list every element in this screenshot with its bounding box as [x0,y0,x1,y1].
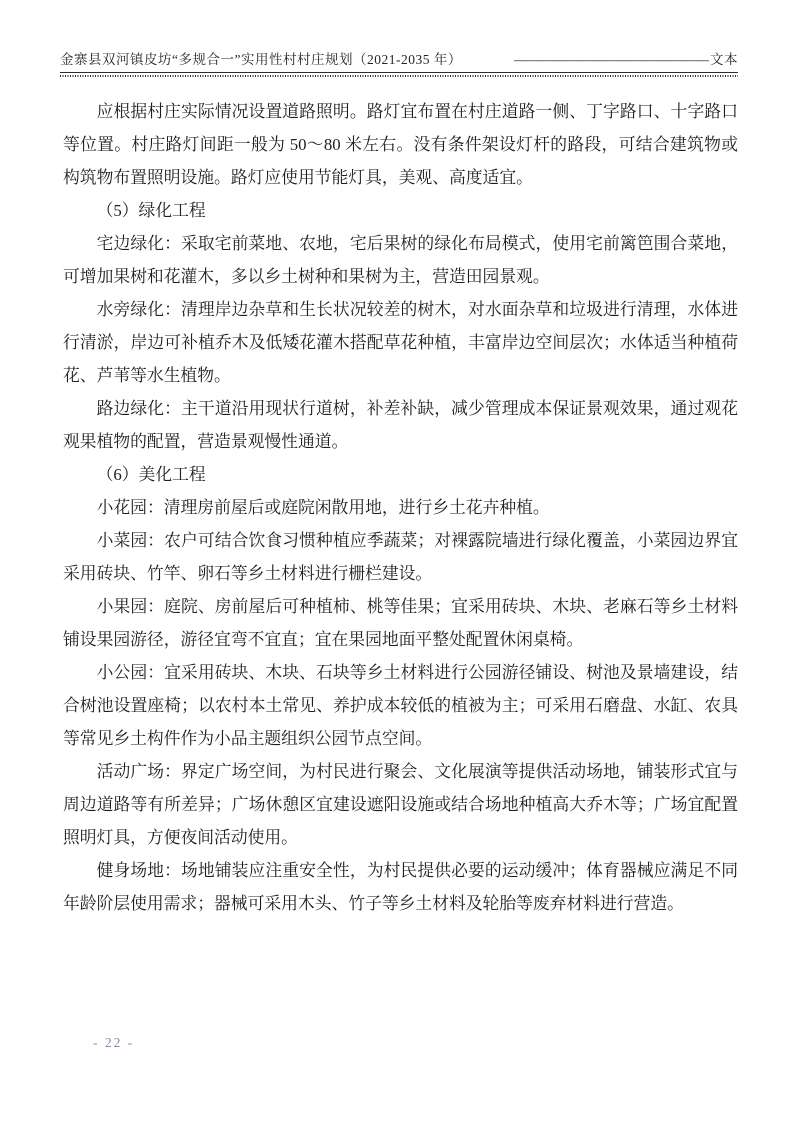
page-footer: - 22 - [93,1034,134,1052]
heading-greening-project: （5）绿化工程 [63,194,738,227]
paragraph-road-lighting: 应根据村庄实际情况设置道路照明。路灯宜布置在村庄道路一侧、丁字路口、十字路口等位… [63,95,738,194]
dash-leader: ——————————————— [463,52,709,68]
header-rule-solid-line [60,72,738,73]
paragraph-small-vegetable-garden: 小菜园：农户可结合饮食习惯种植应季蔬菜；对裸露院墙进行绿化覆盖，小菜园边界宜采用… [63,524,738,590]
paragraph-house-side-greening: 宅边绿化：采取宅前菜地、农地，宅后果树的绿化布局模式，使用宅前篱笆围合菜地，可增… [63,227,738,293]
header-rule-dotted-line [60,75,738,77]
page-header: 金寨县双河镇皮坊“多规合一”实用性村村庄规划（2021-2035 年） ————… [60,48,738,77]
running-head: 金寨县双河镇皮坊“多规合一”实用性村村庄规划（2021-2035 年） ————… [60,48,738,68]
document-page: 金寨县双河镇皮坊“多规合一”实用性村村庄规划（2021-2035 年） ————… [0,0,793,1122]
paragraph-small-orchard: 小果园：庭院、房前屋后可种植柿、桃等佳果；宜采用砖块、木块、老麻石等乡土材料铺设… [63,590,738,656]
document-body: 应根据村庄实际情况设置道路照明。路灯宜布置在村庄道路一侧、丁字路口、十字路口等位… [63,95,738,920]
paragraph-waterside-greening: 水旁绿化：清理岸边杂草和生长状况较差的树木，对水面杂草和垃圾进行清理，水体进行清… [63,293,738,392]
document-title: 金寨县双河镇皮坊“多规合一”实用性村村庄规划（2021-2035 年） [60,48,462,68]
paragraph-activity-square: 活动广场：界定广场空间，为村民进行聚会、文化展演等提供活动场地，铺装形式宜与周边… [63,755,738,854]
page-number: - 22 - [93,1035,134,1050]
paragraph-roadside-greening: 路边绿化：主干道沿用现状行道树，补差补缺，减少管理成本保证景观效果，通过观花观果… [63,392,738,458]
header-rule [60,72,738,77]
header-section-label: 文本 [710,48,738,68]
paragraph-small-park: 小公园：宜采用砖块、木块、石块等乡土材料进行公园游径铺设、树池及景墙建设，结合树… [63,656,738,755]
paragraph-fitness-ground: 健身场地：场地铺装应注重安全性，为村民提供必要的运动缓冲；体育器械应满足不同年龄… [63,854,738,920]
heading-beautification-project: （6）美化工程 [63,458,738,491]
paragraph-small-flower-garden: 小花园：清理房前屋后或庭院闲散用地，进行乡土花卉种植。 [63,491,738,524]
